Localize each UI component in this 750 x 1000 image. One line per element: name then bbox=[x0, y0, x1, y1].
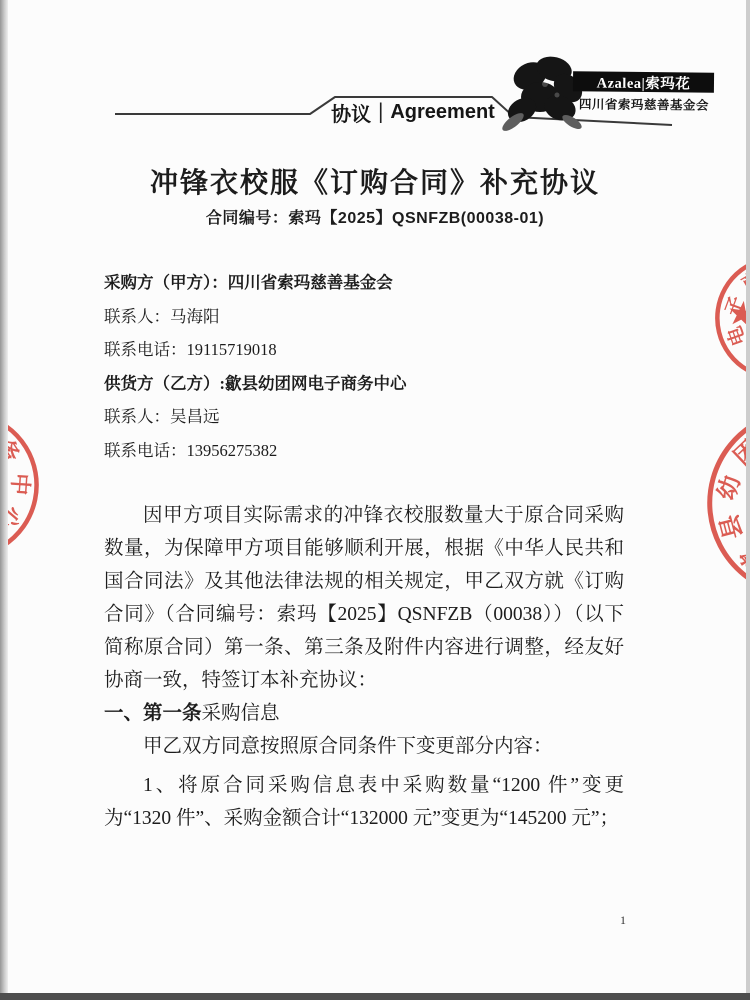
scan-edge-left bbox=[0, 0, 8, 1000]
supplier-phone-line: 联系电话：13956275382 bbox=[104, 434, 626, 468]
body-text: 因甲方项目实际需求的冲锋衣校服数量大于原合同采购数量，为保障甲方项目能够顺利开展… bbox=[104, 499, 624, 835]
buyer-contact-line: 联系人：马海阳 bbox=[104, 300, 626, 334]
svg-text:电子商务: 电子商务 bbox=[704, 245, 750, 354]
scan-edge-bottom bbox=[0, 993, 750, 1000]
buyer-phone-line: 联系电话：19115719018 bbox=[104, 333, 626, 367]
buyer-line: 采购方（甲方）：四川省索玛慈善基金会 bbox=[104, 266, 626, 300]
logo-org-name: 四川省索玛慈善基金会 bbox=[571, 94, 717, 114]
parties-block: 采购方（甲方）：四川省索玛慈善基金会 联系人：马海阳 联系电话：19115719… bbox=[104, 266, 626, 467]
section-1-title: 采购信息 bbox=[202, 703, 280, 724]
stamp-right-top: 电子商务 ★ bbox=[703, 245, 750, 397]
section-1-heading: 一、第一条采购信息 bbox=[104, 697, 624, 730]
svg-text:歙县幼团网: 歙县幼团网 bbox=[704, 414, 750, 580]
scan-edge-right bbox=[746, 0, 750, 1000]
body-paragraph-3: 1、将原合同采购信息表中采购数量“1200 件”变更为“1320 件”、采购金额… bbox=[104, 769, 624, 835]
banner-tab: 协议 | Agreement bbox=[330, 99, 496, 125]
banner-tab-zh-label: 协议 bbox=[331, 98, 371, 127]
logo: Azalea|索玛花 四川省索玛慈善基金会 bbox=[500, 52, 718, 122]
banner-tab-en-label: Agreement bbox=[390, 101, 494, 124]
body-paragraph-1: 因甲方项目实际需求的冲锋衣校服数量大于原合同采购数量，为保障甲方项目能够顺利开展… bbox=[104, 499, 624, 697]
body-paragraph-2: 甲乙双方同意按照原合同条件下变更部分内容： bbox=[104, 730, 624, 763]
banner-divider: | bbox=[378, 99, 383, 124]
doc-title: 冲锋衣校服《订购合同》补充协议 bbox=[95, 161, 655, 201]
supplier-contact-line: 联系人：吴昌远 bbox=[104, 400, 626, 434]
stamp-right-bottom: 歙县幼团网 bbox=[686, 388, 750, 624]
stamp-right-bottom-arc-text: 歙县幼团网 bbox=[704, 414, 750, 580]
scanned-contract-page: 协议 | Agreement Azalea|索玛花 四川省索玛慈善基金会 bbox=[0, 0, 750, 1000]
contract-number: 合同编号：索玛【2025】QSNFZB(00038-01) bbox=[95, 205, 655, 228]
page-number: 1 bbox=[620, 913, 626, 928]
supplier-line: 供货方（乙方）:歙县幼团网电子商务中心 bbox=[104, 367, 626, 401]
stamp-left: 商务中心 bbox=[0, 392, 58, 582]
section-1-number: 一、第一条 bbox=[104, 703, 202, 724]
logo-brand-badge: Azalea|索玛花 bbox=[573, 71, 714, 92]
stamp-right-top-arc-text: 电子商务 bbox=[704, 245, 750, 354]
